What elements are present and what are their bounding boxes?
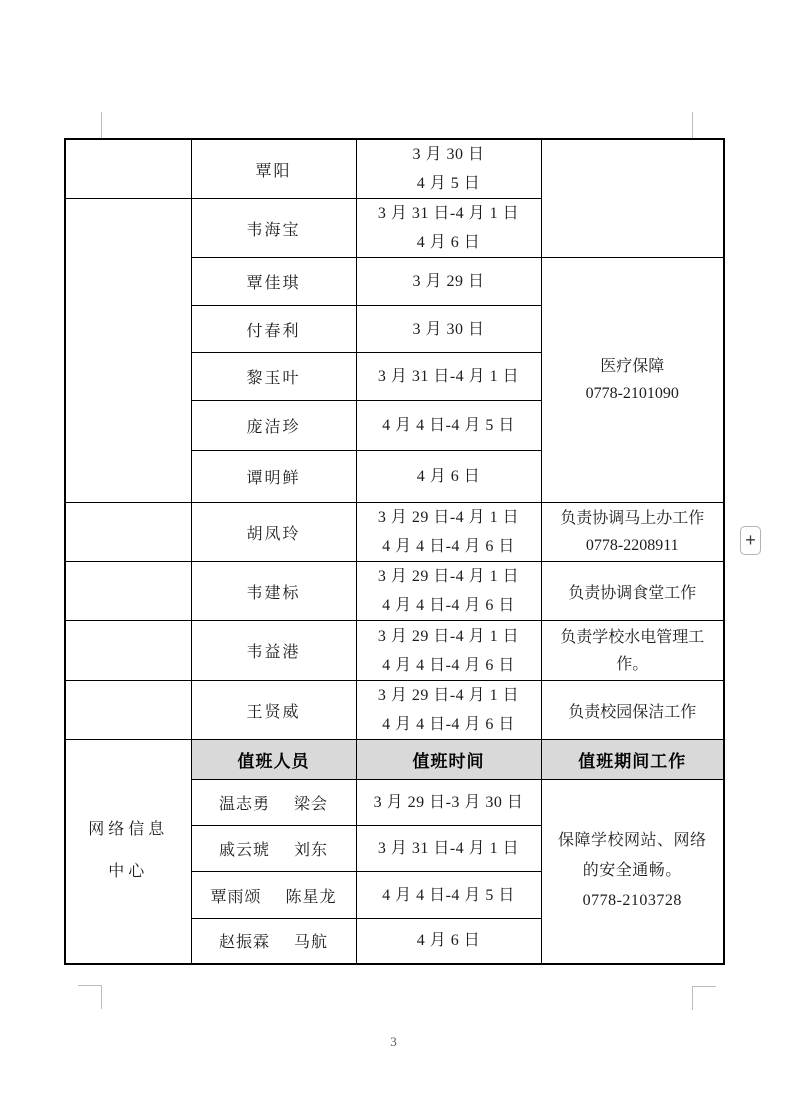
name: 温志勇	[219, 791, 270, 814]
name-cell: 覃阳	[191, 139, 356, 199]
work-line: 作。	[542, 651, 724, 678]
page-number: 3	[0, 1034, 787, 1050]
name: 陈星龙	[286, 884, 337, 907]
dept-cell-empty	[65, 503, 191, 562]
name-pair-cell: 温志勇 梁会	[191, 780, 356, 826]
date-cell: 4 月 4 日-4 月 5 日	[356, 872, 541, 919]
name: 戚云琥	[219, 837, 270, 860]
header-time: 值班时间	[356, 740, 541, 780]
dept-cell-empty	[65, 681, 191, 740]
name-cell: 王贤威	[191, 681, 356, 740]
date-cell: 3 月 29 日-4 月 1 日 4 月 4 日-4 月 6 日	[356, 681, 541, 740]
date-line: 3 月 29 日-4 月 1 日	[357, 503, 541, 532]
date-line: 3 月 30 日	[357, 140, 541, 169]
date-line: 4 月 4 日-4 月 6 日	[357, 710, 541, 739]
date-cell: 3 月 29 日	[356, 258, 541, 306]
date-line: 4 月 4 日-4 月 6 日	[357, 591, 541, 620]
work-line: 负责协调马上办工作	[542, 505, 724, 532]
name-cell: 韦建标	[191, 562, 356, 621]
work-cell: 负责校园保洁工作	[541, 681, 724, 740]
name: 梁会	[294, 791, 328, 814]
date-line: 3 月 31 日-4 月 1 日	[357, 199, 541, 228]
name-cell: 韦益港	[191, 621, 356, 681]
name-cell: 庞洁珍	[191, 401, 356, 451]
date-cell: 3 月 30 日 4 月 5 日	[356, 139, 541, 199]
name-cell: 谭明鲜	[191, 451, 356, 503]
name-cell: 韦海宝	[191, 199, 356, 258]
date-cell: 3 月 29 日-4 月 1 日 4 月 4 日-4 月 6 日	[356, 562, 541, 621]
name: 马航	[294, 929, 328, 952]
work-line: 负责学校水电管理工	[542, 624, 724, 651]
date-line: 3 月 29 日-4 月 1 日	[357, 562, 541, 591]
dept-cell-empty	[65, 199, 191, 503]
dept-cell-empty	[65, 562, 191, 621]
name-cell: 付春利	[191, 306, 356, 353]
network-work-cell: 保障学校网站、网络 的安全通畅。 0778-2103728	[541, 780, 724, 964]
work-phone: 0778-2208911	[542, 532, 724, 559]
work-line: 的安全通畅。	[542, 856, 724, 886]
date-cell: 4 月 4 日-4 月 5 日	[356, 401, 541, 451]
crop-mark-top-right	[692, 112, 693, 138]
work-cell: 负责学校水电管理工 作。	[541, 621, 724, 681]
name-pair-cell: 戚云琥 刘东	[191, 826, 356, 872]
insert-row-button[interactable]: +	[740, 526, 761, 555]
date-line: 4 月 4 日-4 月 6 日	[357, 651, 541, 680]
date-cell: 3 月 31 日-4 月 1 日	[356, 826, 541, 872]
dept-cell-empty	[65, 621, 191, 681]
date-cell: 3 月 29 日-4 月 1 日 4 月 4 日-4 月 6 日	[356, 621, 541, 681]
work-phone: 0778-2101090	[542, 380, 724, 407]
name: 赵振霖	[219, 929, 270, 952]
name-cell: 胡凤玲	[191, 503, 356, 562]
table-row: 韦建标 3 月 29 日-4 月 1 日 4 月 4 日-4 月 6 日 负责协…	[65, 562, 724, 621]
name: 刘东	[294, 837, 328, 860]
date-cell: 3 月 29 日-3 月 30 日	[356, 780, 541, 826]
name: 覃雨颂	[210, 884, 261, 907]
work-cell: 负责协调马上办工作 0778-2208911	[541, 503, 724, 562]
work-line: 医疗保障	[542, 353, 724, 380]
date-line: 4 月 6 日	[357, 228, 541, 257]
medical-support-cell: 医疗保障 0778-2101090	[541, 258, 724, 503]
date-cell: 4 月 6 日	[356, 919, 541, 964]
table-row: 胡凤玲 3 月 29 日-4 月 1 日 4 月 4 日-4 月 6 日 负责协…	[65, 503, 724, 562]
name-pair-cell: 赵振霖 马航	[191, 919, 356, 964]
dept-line: 中心	[66, 851, 191, 893]
date-cell: 3 月 29 日-4 月 1 日 4 月 4 日-4 月 6 日	[356, 503, 541, 562]
name-cell: 黎玉叶	[191, 353, 356, 401]
date-line: 3 月 29 日-4 月 1 日	[357, 622, 541, 651]
date-cell: 3 月 30 日	[356, 306, 541, 353]
date-cell: 3 月 31 日-4 月 1 日 4 月 6 日	[356, 199, 541, 258]
header-person: 值班人员	[191, 740, 356, 780]
table-header-row: 网络信息 中心 值班人员 值班时间 值班期间工作	[65, 740, 724, 780]
crop-mark-bottom-left	[78, 985, 102, 1009]
crop-mark-top-left	[101, 112, 102, 138]
date-line: 3 月 29 日-4 月 1 日	[357, 681, 541, 710]
header-work: 值班期间工作	[541, 740, 724, 780]
table-row: 韦益港 3 月 29 日-4 月 1 日 4 月 4 日-4 月 6 日 负责学…	[65, 621, 724, 681]
name-pair-cell: 覃雨颂 陈星龙	[191, 872, 356, 919]
work-line: 保障学校网站、网络	[542, 826, 724, 856]
date-cell: 4 月 6 日	[356, 451, 541, 503]
crop-mark-bottom-right	[692, 986, 716, 1010]
dept-line: 网络信息	[66, 809, 191, 851]
dept-cell-empty	[65, 139, 191, 199]
dept-cell-network-center: 网络信息 中心	[65, 740, 191, 964]
work-cell-empty	[541, 139, 724, 258]
work-phone: 0778-2103728	[542, 886, 724, 916]
date-line: 4 月 4 日-4 月 6 日	[357, 532, 541, 561]
duty-roster-table: 覃阳 3 月 30 日 4 月 5 日 韦海宝 3 月 31 日-4 月 1 日…	[64, 138, 725, 965]
date-cell: 3 月 31 日-4 月 1 日	[356, 353, 541, 401]
table-row: 覃阳 3 月 30 日 4 月 5 日	[65, 139, 724, 199]
date-line: 4 月 5 日	[357, 169, 541, 198]
name-cell: 覃佳琪	[191, 258, 356, 306]
table-row: 王贤威 3 月 29 日-4 月 1 日 4 月 4 日-4 月 6 日 负责校…	[65, 681, 724, 740]
work-cell: 负责协调食堂工作	[541, 562, 724, 621]
